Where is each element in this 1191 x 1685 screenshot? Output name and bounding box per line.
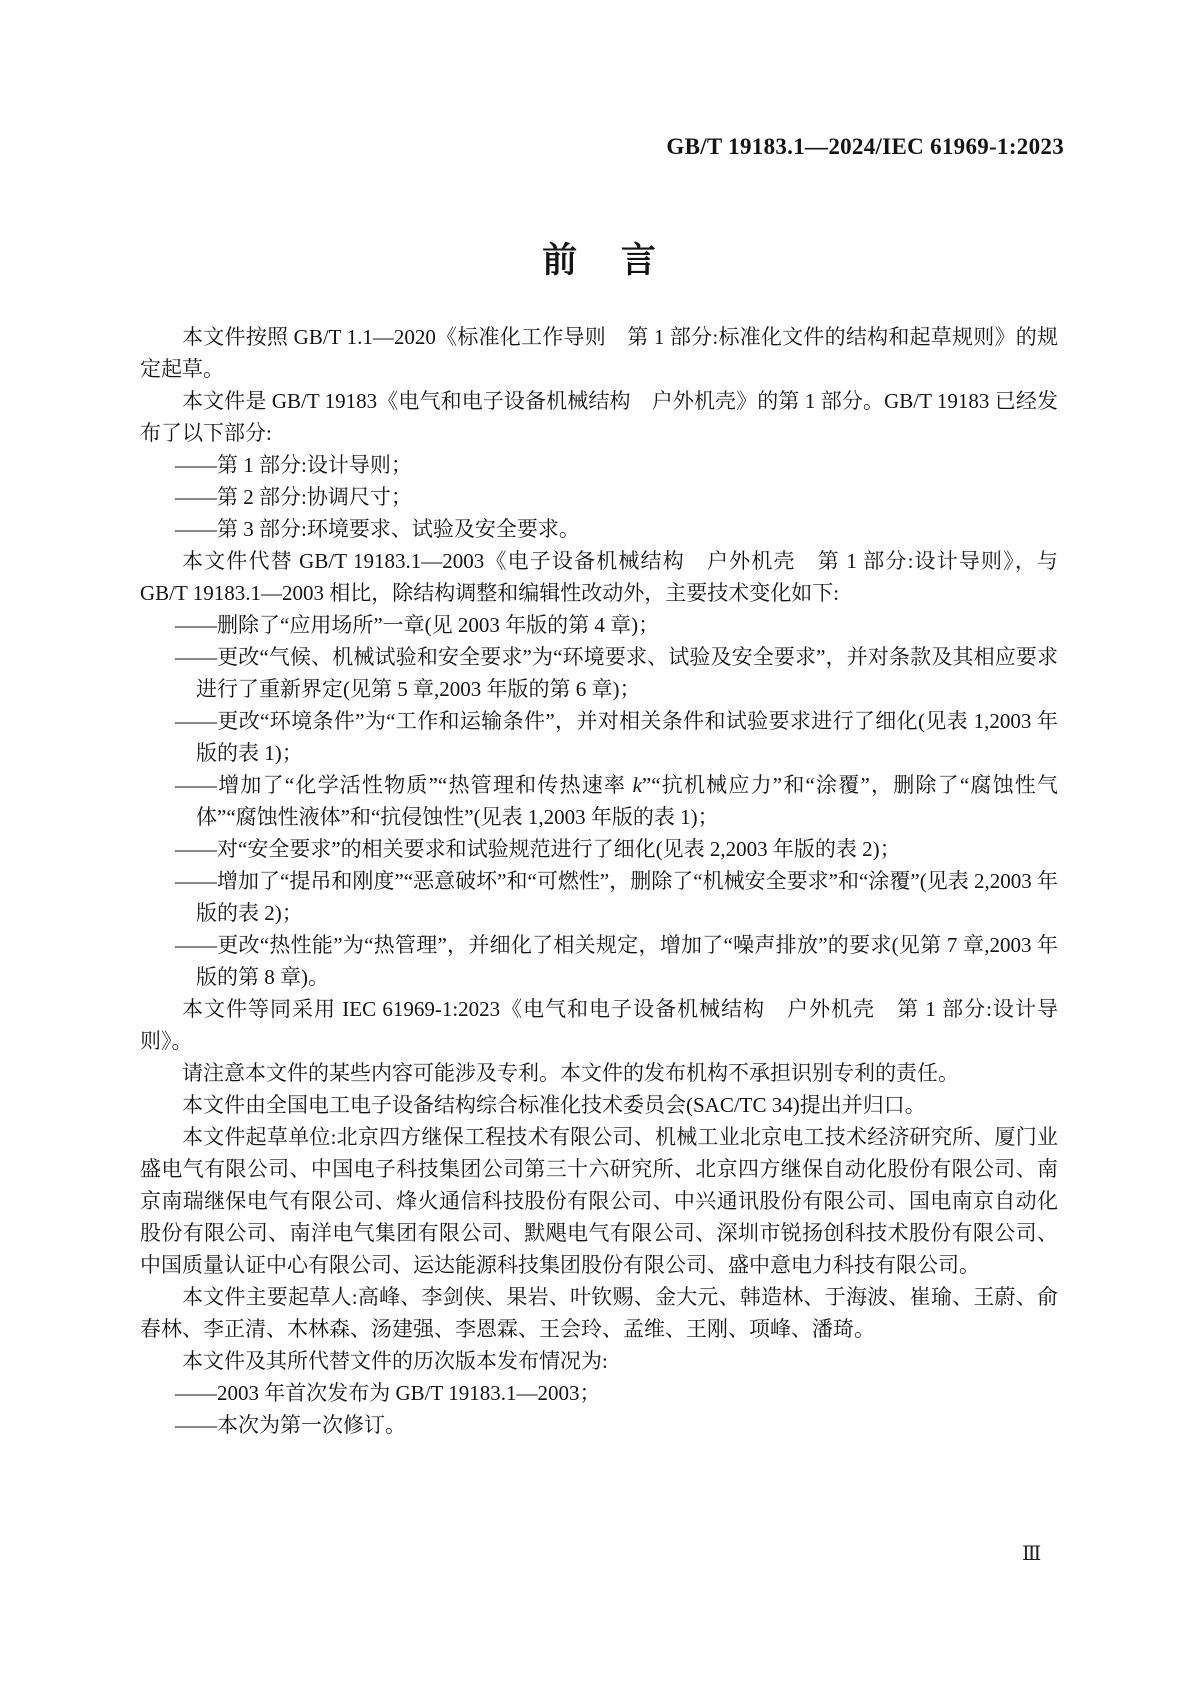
- heat-transfer-rate-k: k: [633, 773, 642, 797]
- list-item-text: ——增加了“化学活性物质”“热管理和传热速率: [175, 773, 633, 797]
- foreword-paragraph: 本文件及其所代替文件的历次版本发布情况为:: [140, 1345, 1058, 1377]
- foreword-paragraph: 本文件代替 GB/T 19183.1—2003《电子设备机械结构 户外机壳 第 …: [140, 545, 1058, 609]
- foreword-list-item: ——本次为第一次修订。: [140, 1409, 1058, 1441]
- foreword-list-item: ——更改“环境条件”为“工作和运输条件”，并对相关条件和试验要求进行了细化(见表…: [140, 705, 1058, 769]
- foreword-list-item: ——增加了“提吊和刚度”“恶意破坏”和“可燃性”，删除了“机械安全要求”和“涂覆…: [140, 865, 1058, 929]
- foreword-list-item: ——第 1 部分:设计导则；: [140, 449, 1058, 481]
- foreword-paragraph: 请注意本文件的某些内容可能涉及专利。本文件的发布机构不承担识别专利的责任。: [140, 1057, 1058, 1089]
- standard-number-header: GB/T 19183.1—2024/IEC 61969-1:2023: [666, 134, 1064, 160]
- foreword-list-item: ——删除了“应用场所”一章(见 2003 年版的第 4 章)；: [140, 609, 1058, 641]
- document-page: GB/T 19183.1—2024/IEC 61969-1:2023 前言 本文…: [0, 0, 1191, 1685]
- foreword-paragraph: 本文件是 GB/T 19183《电气和电子设备机械结构 户外机壳》的第 1 部分…: [140, 385, 1058, 449]
- foreword-list-item: ——第 3 部分:环境要求、试验及安全要求。: [140, 513, 1058, 545]
- foreword-list-item: ——对“安全要求”的相关要求和试验规范进行了细化(见表 2,2003 年版的表 …: [140, 833, 1058, 865]
- title-char-yan: 言: [621, 241, 656, 280]
- foreword-list-item: ——2003 年首次发布为 GB/T 19183.1—2003；: [140, 1377, 1058, 1409]
- foreword-paragraph: 本文件等同采用 IEC 61969-1:2023《电气和电子设备机械结构 户外机…: [140, 993, 1058, 1057]
- foreword-paragraph: 本文件按照 GB/T 1.1—2020《标准化工作导则 第 1 部分:标准化文件…: [140, 321, 1058, 385]
- foreword-paragraph-drafting-units: 本文件起草单位:北京四方继保工程技术有限公司、机械工业北京电工技术经济研究所、厦…: [140, 1121, 1058, 1281]
- foreword-paragraph: 本文件由全国电工电子设备结构综合标准化技术委员会(SAC/TC 34)提出并归口…: [140, 1089, 1058, 1121]
- foreword-list-item: ——第 2 部分:协调尺寸；: [140, 481, 1058, 513]
- page-title: 前言: [140, 233, 1058, 283]
- foreword-content: 本文件按照 GB/T 1.1—2020《标准化工作导则 第 1 部分:标准化文件…: [140, 321, 1058, 1441]
- foreword-paragraph-drafters: 本文件主要起草人:高峰、李剑侠、果岩、叶钦赐、金大元、韩造林、于海波、崔瑜、王蔚…: [140, 1281, 1058, 1345]
- foreword-list-item: ——更改“气候、机械试验和安全要求”为“环境要求、试验及安全要求”，并对条款及其…: [140, 641, 1058, 705]
- title-char-qian: 前: [542, 241, 577, 280]
- page-number: Ⅲ: [1022, 1541, 1041, 1566]
- foreword-list-item: ——更改“热性能”为“热管理”，并细化了相关规定，增加了“噪声排放”的要求(见第…: [140, 929, 1058, 993]
- foreword-list-item: ——增加了“化学活性物质”“热管理和传热速率 k”“抗机械应力”和“涂覆”，删除…: [140, 769, 1058, 833]
